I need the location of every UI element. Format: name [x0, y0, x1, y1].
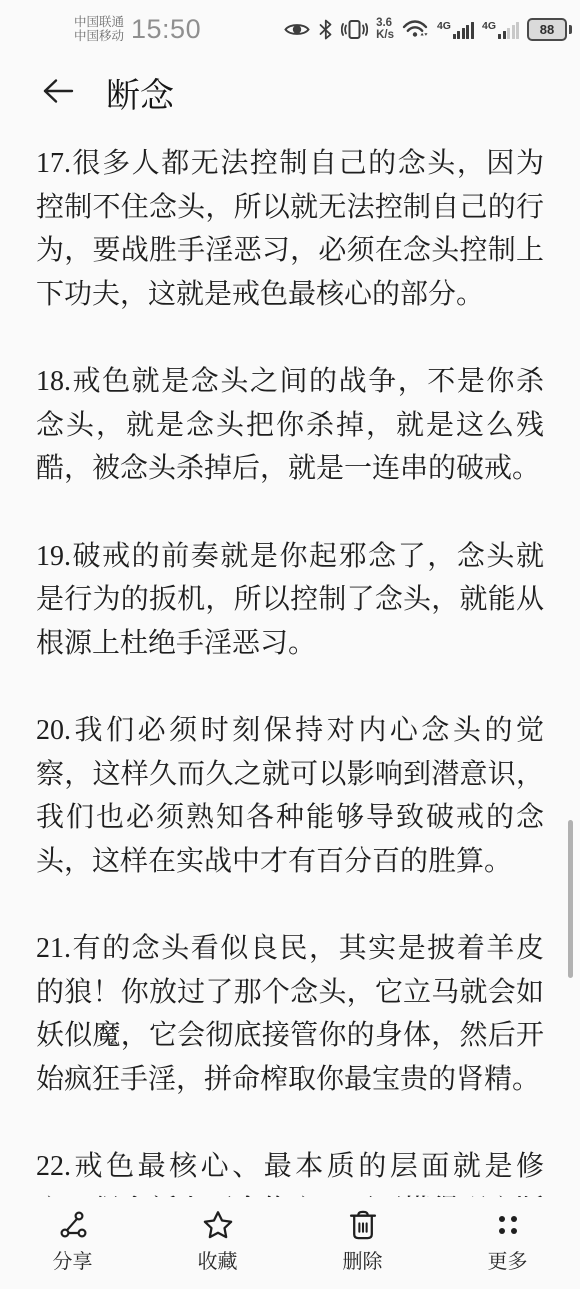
carrier-1: 中国联通: [74, 15, 124, 30]
bottom-toolbar: 分享 收藏 删除: [0, 1197, 580, 1289]
paragraph-20: 20.我们必须时刻保持对内心念头的觉察，这样久而久之就可以影响到潜意识，我们也必…: [36, 709, 544, 883]
carrier-2: 中国移动: [74, 29, 124, 44]
share-icon: [57, 1210, 89, 1240]
sim2-signal-bars: [498, 22, 519, 39]
favorite-label: 收藏: [198, 1245, 238, 1274]
back-arrow-icon: [40, 76, 76, 109]
paragraph-18: 18.戒色就是念头之间的战争，不是你杀念头，就是念头把你杀掉，就是这么残酷，被念…: [36, 360, 544, 491]
battery-icon: 88: [527, 18, 572, 41]
battery-percent: 88: [527, 18, 567, 41]
status-right: 3.6 K/s 4G 4G 88: [284, 17, 572, 41]
network-speed-unit: K/s: [376, 29, 394, 41]
header: 断念: [0, 56, 580, 128]
share-button[interactable]: 分享: [0, 1197, 145, 1289]
paragraph-21: 21.有的念头看似良民，其实是披着羊皮的狼！你放过了那个念头，它立马就会如妖似魔…: [36, 927, 544, 1101]
delete-button[interactable]: 删除: [290, 1197, 435, 1289]
more-label: 更多: [488, 1245, 528, 1274]
scrollbar-thumb[interactable]: [568, 820, 573, 978]
more-icon: [492, 1210, 524, 1240]
network-speed: 3.6 K/s: [376, 17, 394, 41]
trash-icon: [348, 1210, 378, 1240]
status-bar: 中国联通 中国移动 15:50: [0, 0, 580, 56]
status-left: 中国联通 中国移动 15:50: [74, 14, 201, 45]
page-title: 断念: [106, 68, 174, 117]
bluetooth-icon: [318, 19, 333, 40]
wifi-icon: [402, 19, 429, 39]
more-button[interactable]: 更多: [435, 1197, 580, 1289]
sim1-signal: 4G: [437, 20, 474, 39]
status-time: 15:50: [131, 14, 201, 45]
battery-nub: [569, 25, 572, 34]
favorite-button[interactable]: 收藏: [145, 1197, 290, 1289]
share-label: 分享: [53, 1245, 93, 1274]
eye-protection-icon: [284, 20, 310, 39]
carrier-names: 中国联通 中国移动: [74, 15, 124, 44]
sim2-network-type: 4G: [482, 20, 496, 32]
paragraph-19: 19.破戒的前奏就是你起邪念了，念头就是行为的扳机，所以控制了念头，就能从根源上…: [36, 535, 544, 666]
network-speed-value: 3.6: [376, 17, 392, 29]
delete-label: 删除: [343, 1245, 383, 1274]
note-content: 17.很多人都无法控制自己的念头，因为控制不住念头，所以就无法控制自己的行为，要…: [36, 128, 544, 1289]
sim1-network-type: 4G: [437, 20, 451, 32]
back-button[interactable]: [40, 76, 76, 109]
vibrate-icon: [341, 19, 368, 40]
screen: 中国联通 中国移动 15:50: [0, 0, 580, 1289]
sim2-signal: 4G: [482, 20, 519, 39]
star-icon: [202, 1210, 234, 1240]
paragraph-17: 17.很多人都无法控制自己的念头，因为控制不住念头，所以就无法控制自己的行为，要…: [36, 142, 544, 316]
sim1-signal-bars: [453, 22, 474, 39]
